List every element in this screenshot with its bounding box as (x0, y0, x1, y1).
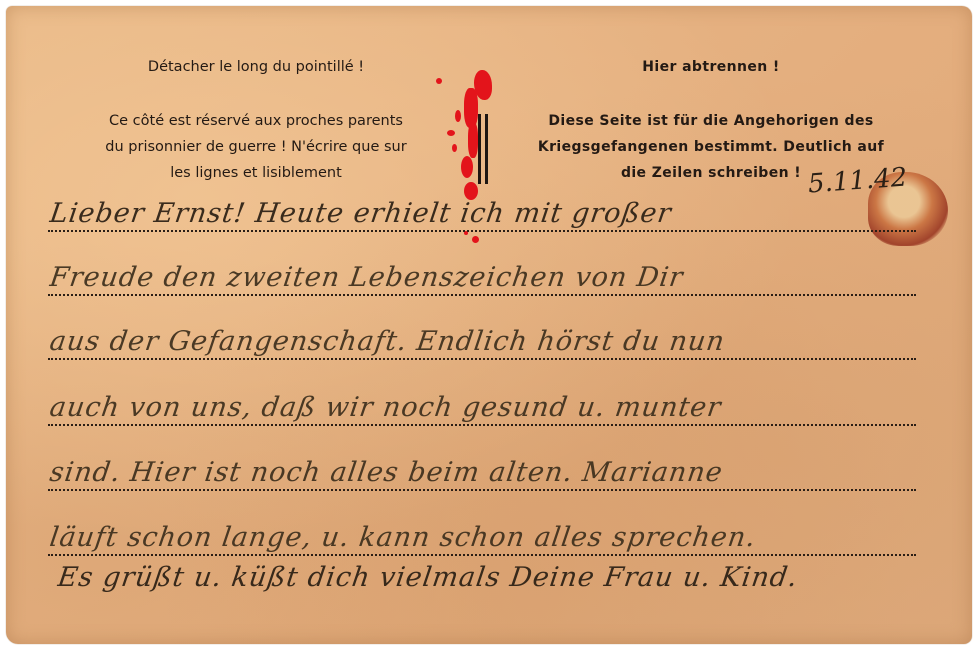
writing-line (48, 294, 916, 296)
french-instructions: Ce côté est réservé aux proches parents … (46, 108, 466, 186)
handwritten-line: Freude den zweiten Lebenszeichen von Dir (48, 262, 932, 293)
french-instruction-line: du prisonnier de guerre ! N'écrire que s… (46, 134, 466, 160)
french-heading: Détacher le long du pointillé ! (46, 54, 466, 80)
german-instruction-line: Kriegsgefangenen bestimmt. Deutlich auf (511, 134, 911, 160)
writing-line (48, 230, 916, 232)
french-instruction-line: Ce côté est réservé aux proches parents (46, 108, 466, 134)
writing-line (48, 424, 916, 426)
divider-bar (485, 114, 488, 184)
writing-line (48, 489, 916, 491)
french-instruction-line: les lignes et lisiblement (46, 160, 466, 186)
writing-line (48, 554, 916, 556)
handwritten-line: sind. Hier ist noch alles beim alten. Ma… (48, 457, 932, 488)
writing-line (48, 358, 916, 360)
handwritten-line: Es grüßt u. küßt dich vielmals Deine Fra… (56, 562, 940, 593)
german-instruction-line: Diese Seite ist für die Angehorigen des (511, 108, 911, 134)
handwritten-line: Lieber Ernst! Heute erhielt ich mit groß… (48, 198, 932, 229)
divider-bar (478, 114, 481, 184)
handwritten-line: läuft schon lange, u. kann schon alles s… (48, 522, 932, 553)
german-heading: Hier abtrennen ! (511, 54, 911, 80)
handwritten-line: auch von uns, daß wir noch gesund u. mun… (48, 392, 932, 423)
handwritten-line: aus der Gefangenschaft. Endlich hörst du… (48, 326, 932, 357)
postcard: Détacher le long du pointillé ! Ce côté … (6, 6, 972, 644)
